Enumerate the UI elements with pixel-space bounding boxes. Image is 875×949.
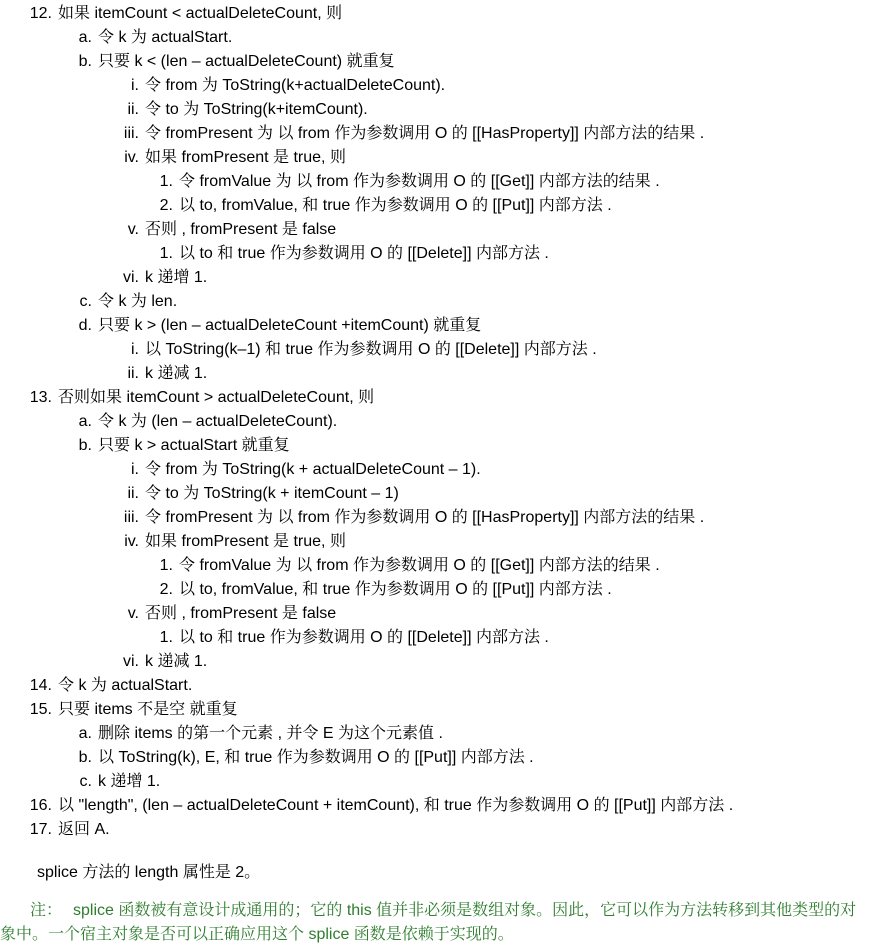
step-text: k 递增 1. [98,770,160,794]
step-text: 如果 itemCount < actualDeleteCount, 则 [58,2,342,26]
spec-document-page: { "colors": { "body_text": "#000000", "n… [0,0,875,949]
step-row: iv. 如果 fromPresent 是 true, 则 [0,530,875,554]
step-text: 返回 A. [58,818,110,842]
step-marker: c. [0,770,92,794]
length-property-paragraph: splice 方法的 length 属性是 2。 [0,861,875,885]
step-text: 令 to 为 ToString(k + itemCount – 1) [145,482,399,506]
step-marker: i. [0,458,139,482]
step-row: d. 只要 k > (len – actualDeleteCount +item… [0,314,875,338]
step-row: iii. 令 fromPresent 为 以 from 作为参数调用 O 的 [… [0,506,875,530]
step-marker: 1. [0,242,173,266]
step-marker: v. [0,218,139,242]
step-marker: 15. [0,698,52,722]
step-text: k 递减 1. [145,362,207,386]
step-row: ii. 令 to 为 ToString(k + itemCount – 1) [0,482,875,506]
step-text: 令 k 为 actualStart. [98,26,232,50]
step-row: 1. 令 fromValue 为 以 from 作为参数调用 O 的 [[Get… [0,554,875,578]
step-text: 令 fromPresent 为 以 from 作为参数调用 O 的 [[HasP… [145,506,704,530]
step-row: 17. 返回 A. [0,818,875,842]
step-text: 只要 k < (len – actualDeleteCount) 就重复 [98,50,395,74]
step-text: 只要 items 不是空 就重复 [58,698,238,722]
step-row: iii. 令 fromPresent 为 以 from 作为参数调用 O 的 [… [0,122,875,146]
step-text: 否则 , fromPresent 是 false [145,602,336,626]
step-marker: c. [0,290,92,314]
step-row: b. 只要 k < (len – actualDeleteCount) 就重复 [0,50,875,74]
note-paragraph: 注：splice 函数被有意设计成通用的；它的 this 值并非必须是数组对象。… [0,899,875,947]
step-marker: b. [0,746,92,770]
step-row: a. 令 k 为 (len – actualDeleteCount). [0,410,875,434]
step-row: 13. 否则如果 itemCount > actualDeleteCount, … [0,386,875,410]
step-text: 以 to, fromValue, 和 true 作为参数调用 O 的 [[Put… [179,194,612,218]
step-marker: vi. [0,266,139,290]
step-marker: iii. [0,122,139,146]
step-text: 删除 items 的第一个元素 , 并令 E 为这个元素值 . [98,722,443,746]
step-text: 如果 fromPresent 是 true, 则 [145,530,346,554]
step-text: 令 k 为 (len – actualDeleteCount). [98,410,337,434]
step-marker: ii. [0,98,139,122]
step-marker: iii. [0,506,139,530]
step-row: v. 否则 , fromPresent 是 false [0,602,875,626]
step-text: 以 to 和 true 作为参数调用 O 的 [[Delete]] 内部方法 . [179,242,549,266]
step-marker: 1. [0,626,173,650]
step-text: 以 to, fromValue, 和 true 作为参数调用 O 的 [[Put… [179,578,612,602]
splice-algorithm-steps-list: 12. 如果 itemCount < actualDeleteCount, 则 … [0,2,875,842]
step-row: 15. 只要 items 不是空 就重复 [0,698,875,722]
step-marker: iv. [0,530,139,554]
step-text: 否则如果 itemCount > actualDeleteCount, 则 [58,386,374,410]
step-row: a. 令 k 为 actualStart. [0,26,875,50]
step-row: vi. k 递增 1. [0,266,875,290]
step-text: 否则 , fromPresent 是 false [145,218,336,242]
step-text: 令 fromValue 为 以 from 作为参数调用 O 的 [[Get]] … [179,170,660,194]
step-text: k 递增 1. [145,266,207,290]
step-row: ii. 令 to 为 ToString(k+itemCount). [0,98,875,122]
step-row: iv. 如果 fromPresent 是 true, 则 [0,146,875,170]
step-marker: 14. [0,674,52,698]
step-row: 12. 如果 itemCount < actualDeleteCount, 则 [0,2,875,26]
step-row: i. 令 from 为 ToString(k + actualDeleteCou… [0,458,875,482]
step-text: 令 k 为 actualStart. [58,674,192,698]
step-marker: d. [0,314,92,338]
step-text: 只要 k > actualStart 就重复 [98,434,290,458]
step-marker: 2. [0,194,173,218]
step-text: 以 ToString(k–1) 和 true 作为参数调用 O 的 [[Dele… [145,338,597,362]
step-row: 2. 以 to, fromValue, 和 true 作为参数调用 O 的 [[… [0,578,875,602]
step-text: k 递减 1. [145,650,207,674]
step-text: 令 fromPresent 为 以 from 作为参数调用 O 的 [[HasP… [145,122,704,146]
step-row: vi. k 递减 1. [0,650,875,674]
step-text: 令 from 为 ToString(k + actualDeleteCount … [145,458,481,482]
step-marker: 1. [0,170,173,194]
step-row: v. 否则 , fromPresent 是 false [0,218,875,242]
step-marker: a. [0,722,92,746]
step-text: 以 "length", (len – actualDeleteCount + i… [58,794,733,818]
step-marker: i. [0,338,139,362]
step-text: 令 to 为 ToString(k+itemCount). [145,98,368,122]
step-marker: v. [0,602,139,626]
step-marker: b. [0,50,92,74]
step-marker: a. [0,410,92,434]
step-marker: ii. [0,482,139,506]
step-row: ii. k 递减 1. [0,362,875,386]
step-row: a. 删除 items 的第一个元素 , 并令 E 为这个元素值 . [0,722,875,746]
step-marker: vi. [0,650,139,674]
step-row: 1. 令 fromValue 为 以 from 作为参数调用 O 的 [[Get… [0,170,875,194]
step-row: 14. 令 k 为 actualStart. [0,674,875,698]
note-label: 注： [30,902,62,919]
step-marker: 1. [0,554,173,578]
step-marker: ii. [0,362,139,386]
step-text: 如果 fromPresent 是 true, 则 [145,146,346,170]
step-row: 16. 以 "length", (len – actualDeleteCount… [0,794,875,818]
step-marker: 12. [0,2,52,26]
step-marker: 16. [0,794,52,818]
step-marker: 2. [0,578,173,602]
step-row: i. 令 from 为 ToString(k+actualDeleteCount… [0,74,875,98]
step-marker: 13. [0,386,52,410]
step-marker: a. [0,26,92,50]
step-row: 2. 以 to, fromValue, 和 true 作为参数调用 O 的 [[… [0,194,875,218]
step-row: 1. 以 to 和 true 作为参数调用 O 的 [[Delete]] 内部方… [0,242,875,266]
step-marker: iv. [0,146,139,170]
step-text: 以 ToString(k), E, 和 true 作为参数调用 O 的 [[Pu… [98,746,534,770]
step-text: 只要 k > (len – actualDeleteCount +itemCou… [98,314,481,338]
step-row: c. 令 k 为 len. [0,290,875,314]
step-text: 令 from 为 ToString(k+actualDeleteCount). [145,74,445,98]
step-row: b. 只要 k > actualStart 就重复 [0,434,875,458]
step-marker: b. [0,434,92,458]
step-text: 令 fromValue 为 以 from 作为参数调用 O 的 [[Get]] … [179,554,660,578]
step-row: i. 以 ToString(k–1) 和 true 作为参数调用 O 的 [[D… [0,338,875,362]
step-marker: 17. [0,818,52,842]
step-text: 以 to 和 true 作为参数调用 O 的 [[Delete]] 内部方法 . [179,626,549,650]
note-text: splice 函数被有意设计成通用的；它的 this 值并非必须是数组对象。因此… [0,902,856,943]
step-text: 令 k 为 len. [98,290,177,314]
step-marker: i. [0,74,139,98]
step-row: 1. 以 to 和 true 作为参数调用 O 的 [[Delete]] 内部方… [0,626,875,650]
step-row: c. k 递增 1. [0,770,875,794]
step-row: b. 以 ToString(k), E, 和 true 作为参数调用 O 的 [… [0,746,875,770]
